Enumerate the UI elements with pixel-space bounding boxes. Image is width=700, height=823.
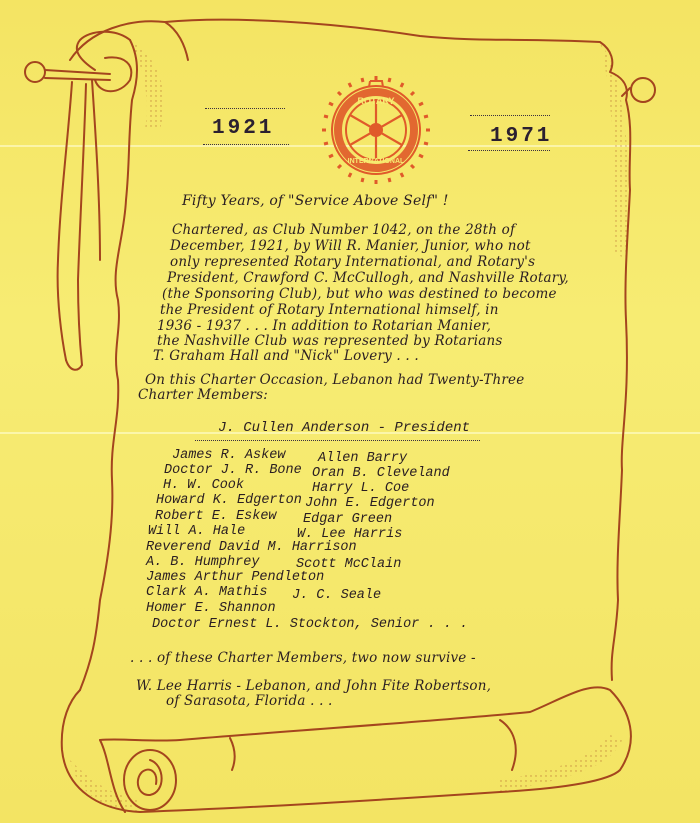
year-rule-top-left <box>205 108 285 109</box>
logo-bottom-text: INTERNATIONAL <box>348 158 405 165</box>
member-name: Homer E. Shannon <box>146 601 276 616</box>
member-name: Edgar Green <box>303 512 392 527</box>
rotary-international-logo-icon: ROTARY INTERNATIONAL <box>0 0 700 823</box>
member-name: Clark A. Mathis <box>146 585 268 600</box>
paragraph-line: the Nashville Club was represented by Ro… <box>157 333 503 349</box>
paragraph-line: Chartered, as Club Number 1042, on the 2… <box>172 222 515 238</box>
headline: Fifty Years, of "Service Above Self" ! <box>182 193 449 209</box>
member-name: James Arthur Pendleton <box>146 570 324 585</box>
paragraph-line: President, Crawford C. McCullogh, and Na… <box>167 270 569 286</box>
paragraph-line: T. Graham Hall and "Nick" Lovery . . . <box>153 348 419 364</box>
member-name: J. C. Seale <box>292 588 381 603</box>
member-name: Harry L. Coe <box>312 481 409 496</box>
survivors-line: W. Lee Harris - Lebanon, and John Fite R… <box>136 678 491 694</box>
member-name: H. W. Cook <box>163 478 244 493</box>
survivors-intro: . . . of these Charter Members, two now … <box>130 650 476 666</box>
member-name: Will A. Hale <box>148 524 245 539</box>
member-name: John E. Edgerton <box>305 496 435 511</box>
paragraph-line: On this Charter Occasion, Lebanon had Tw… <box>145 372 524 388</box>
member-name: Howard K. Edgerton <box>156 493 302 508</box>
paragraph-line: the President of Rotary International hi… <box>160 302 499 318</box>
paragraph-line: only represented Rotary International, a… <box>170 254 535 270</box>
year-end: 1971 <box>490 125 552 148</box>
member-name: A. B. Humphrey <box>146 555 259 570</box>
paragraph-line: 1936 - 1937 . . . In addition to Rotaria… <box>157 318 491 334</box>
member-name: Allen Barry <box>318 451 407 466</box>
president-line: J. Cullen Anderson - President <box>218 420 470 436</box>
paragraph-line: Charter Members: <box>138 387 268 403</box>
year-rule-bottom-left <box>203 144 289 145</box>
member-name: James R. Askew <box>172 448 285 463</box>
paragraph-line: (the Sponsoring Club), but who was desti… <box>162 286 557 302</box>
paragraph-line: December, 1921, by Will R. Manier, Junio… <box>170 238 531 254</box>
year-rule-top-right <box>470 115 550 116</box>
member-name: Doctor Ernest L. Stockton, Senior . . . <box>152 617 468 632</box>
president-underline <box>195 440 480 441</box>
member-name: Reverend David M. Harrison <box>146 540 357 555</box>
logo-top-text: ROTARY <box>358 96 395 106</box>
member-name: Oran B. Cleveland <box>312 466 450 481</box>
year-start: 1921 <box>212 117 274 140</box>
survivors-line: of Sarasota, Florida . . . <box>166 693 333 709</box>
member-name: Robert E. Eskew <box>155 509 277 524</box>
member-name: Doctor J. R. Bone <box>164 463 302 478</box>
year-rule-bottom-right <box>468 150 550 151</box>
